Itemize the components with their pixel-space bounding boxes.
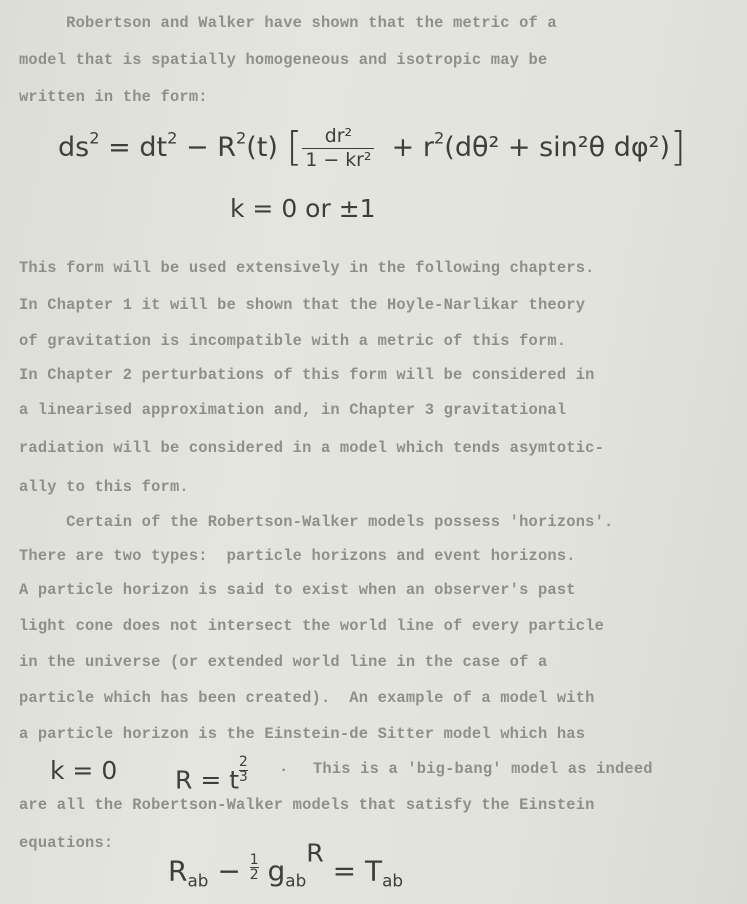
text-line: radiation will be considered in a model … bbox=[19, 441, 604, 456]
eq-sub: ab bbox=[285, 870, 306, 890]
eq-ricci: R bbox=[168, 854, 187, 887]
text-line: model that is spatially homogeneous and … bbox=[19, 53, 547, 68]
eq-frac-den: 1 − kr² bbox=[302, 149, 374, 171]
eq-equals: = bbox=[333, 854, 356, 887]
k-values-equation: k = 0 or ±1 bbox=[230, 196, 376, 221]
eq-r-equals-t: R = t bbox=[175, 765, 239, 794]
eq-exp: 2 bbox=[236, 129, 246, 148]
text-line: A particle horizon is said to exist when… bbox=[19, 583, 576, 598]
eq-plus: + bbox=[392, 132, 415, 163]
text-line: written in the form: bbox=[19, 90, 208, 105]
metric-equation: ds2 = dt2 − R2(t) [dr²1 − kr² + r2(dθ² +… bbox=[58, 126, 686, 171]
eq-sub: ab bbox=[382, 870, 403, 890]
eq-metric-g: g bbox=[268, 854, 286, 887]
text-line: This form will be used extensively in th… bbox=[19, 261, 595, 276]
eq-exp: 2 bbox=[89, 129, 99, 148]
eq-stress-T: T bbox=[365, 854, 382, 887]
eq-frac-num: dr² bbox=[302, 126, 374, 149]
eq-frac-den: 3 bbox=[239, 771, 248, 785]
eq-exponent-fraction: 23 bbox=[239, 756, 248, 785]
text-line: Certain of the Robertson-Walker models p… bbox=[19, 515, 613, 530]
text-line: In Chapter 1 it will be shown that the H… bbox=[19, 298, 585, 313]
eq-equals: = bbox=[108, 132, 131, 163]
text-period: . bbox=[279, 760, 288, 775]
eq-angular: (dθ² + sin²θ dφ²) bbox=[444, 132, 670, 163]
einstein-equation: Rab − 12 gabR = Tab bbox=[168, 853, 403, 885]
eq-exp: 2 bbox=[167, 129, 177, 148]
eq-ds: ds bbox=[58, 132, 89, 163]
eq-half: 12 bbox=[250, 853, 259, 882]
eq-fraction: dr²1 − kr² bbox=[302, 126, 374, 171]
eq-r: r bbox=[423, 132, 434, 163]
eq-scalar-R: R bbox=[306, 839, 324, 868]
eq-frac-den: 2 bbox=[250, 868, 259, 882]
scale-factor-equation: R = t23 bbox=[175, 756, 248, 792]
eq-frac-num: 1 bbox=[250, 853, 259, 868]
eq-exp: 2 bbox=[434, 129, 444, 148]
eq-R: R bbox=[217, 132, 236, 163]
text-line: are all the Robertson-Walker models that… bbox=[19, 798, 595, 813]
eq-close-bracket: ] bbox=[670, 123, 686, 171]
document-page: Robertson and Walker have shown that the… bbox=[0, 0, 747, 904]
text-line: in the universe (or extended world line … bbox=[19, 655, 547, 670]
text-line: light cone does not intersect the world … bbox=[19, 619, 604, 634]
text-line: of gravitation is incompatible with a me… bbox=[19, 334, 566, 349]
eq-dt: dt bbox=[139, 132, 167, 163]
text-line: In Chapter 2 perturbations of this form … bbox=[19, 368, 595, 383]
text-line: equations: bbox=[19, 836, 113, 851]
eq-arg: (t) bbox=[246, 132, 278, 163]
text-line: Robertson and Walker have shown that the… bbox=[19, 16, 557, 31]
text-line: This is a 'big-bang' model as indeed bbox=[313, 762, 653, 777]
text-line: particle which has been created). An exa… bbox=[19, 691, 595, 706]
text-line: a particle horizon is the Einstein-de Si… bbox=[19, 727, 585, 742]
eq-sub: ab bbox=[187, 870, 208, 890]
text-line: ally to this form. bbox=[19, 480, 189, 495]
text-line: There are two types: particle horizons a… bbox=[19, 549, 576, 564]
eq-minus: − bbox=[186, 132, 209, 163]
k-zero-equation: k = 0 bbox=[50, 758, 117, 783]
text-line: a linearised approximation and, in Chapt… bbox=[19, 403, 566, 418]
eq-minus: − bbox=[217, 854, 240, 887]
eq-open-bracket: [ bbox=[287, 123, 303, 171]
